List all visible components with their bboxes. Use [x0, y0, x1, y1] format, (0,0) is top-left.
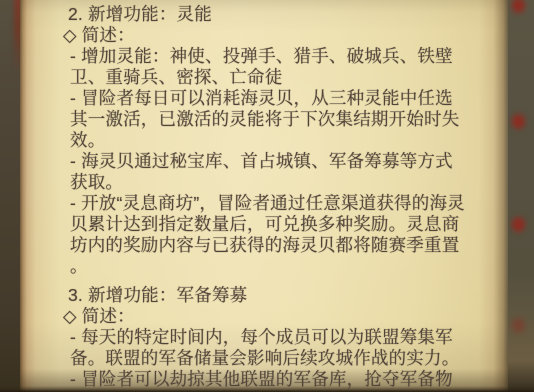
background-red-dot — [512, 318, 525, 333]
note-item: - 海灵贝通过秘宝库、首占城镇、军备筹募等方式 获取。 — [70, 151, 484, 193]
section-title: 2. 新增功能：灵能 — [68, 4, 484, 25]
patch-note-section-armament-raising: 3. 新增功能：军备筹募 ◇ 简述： - 每天的特定时间内，每个成员可以为联盟筹… — [70, 285, 484, 390]
note-item: - 每天的特定时间内，每个成员可以为联盟筹集军 备。联盟的军备储量会影响后续攻城… — [70, 327, 484, 369]
note-item: - 开放“灵息商坊”，冒险者通过任意渠道获得的海灵 贝累计达到指定数量后，可兑换… — [70, 193, 484, 277]
patch-note-section-spirit-power: 2. 新增功能：灵能 ◇ 简述： - 增加灵能：神使、投弹手、猎手、破城兵、铁壁… — [70, 4, 484, 277]
note-item: - 冒险者每日可以消耗海灵贝，从三种灵能中任选 其一激活，已激活的灵能将于下次集… — [70, 88, 484, 151]
section-summary-label: ◇ 简述： — [63, 25, 484, 46]
background-red-dot — [512, 114, 525, 129]
game-screenshot-root: 2. 新增功能：灵能 ◇ 简述： - 增加灵能：神使、投弹手、猎手、破城兵、铁壁… — [0, 0, 534, 392]
note-item: - 增加灵能：神使、投弹手、猎手、破城兵、铁壁 卫、重骑兵、密探、亡命徒 — [70, 46, 484, 88]
patch-notes-content: 2. 新增功能：灵能 ◇ 简述： - 增加灵能：神使、投弹手、猎手、破城兵、铁壁… — [70, 4, 484, 390]
background-red-dot — [512, 0, 525, 13]
section-summary-label: ◇ 简述： — [63, 306, 484, 327]
patch-notes-panel[interactable]: 2. 新增功能：灵能 ◇ 简述： - 增加灵能：神使、投弹手、猎手、破城兵、铁壁… — [20, 0, 508, 392]
note-item: - 冒险者可以劫掠其他联盟的军备库，抢夺军备物 — [70, 369, 484, 390]
background-right-edge — [505, 0, 534, 392]
background-red-dot — [512, 217, 525, 232]
section-title: 3. 新增功能：军备筹募 — [68, 285, 484, 306]
